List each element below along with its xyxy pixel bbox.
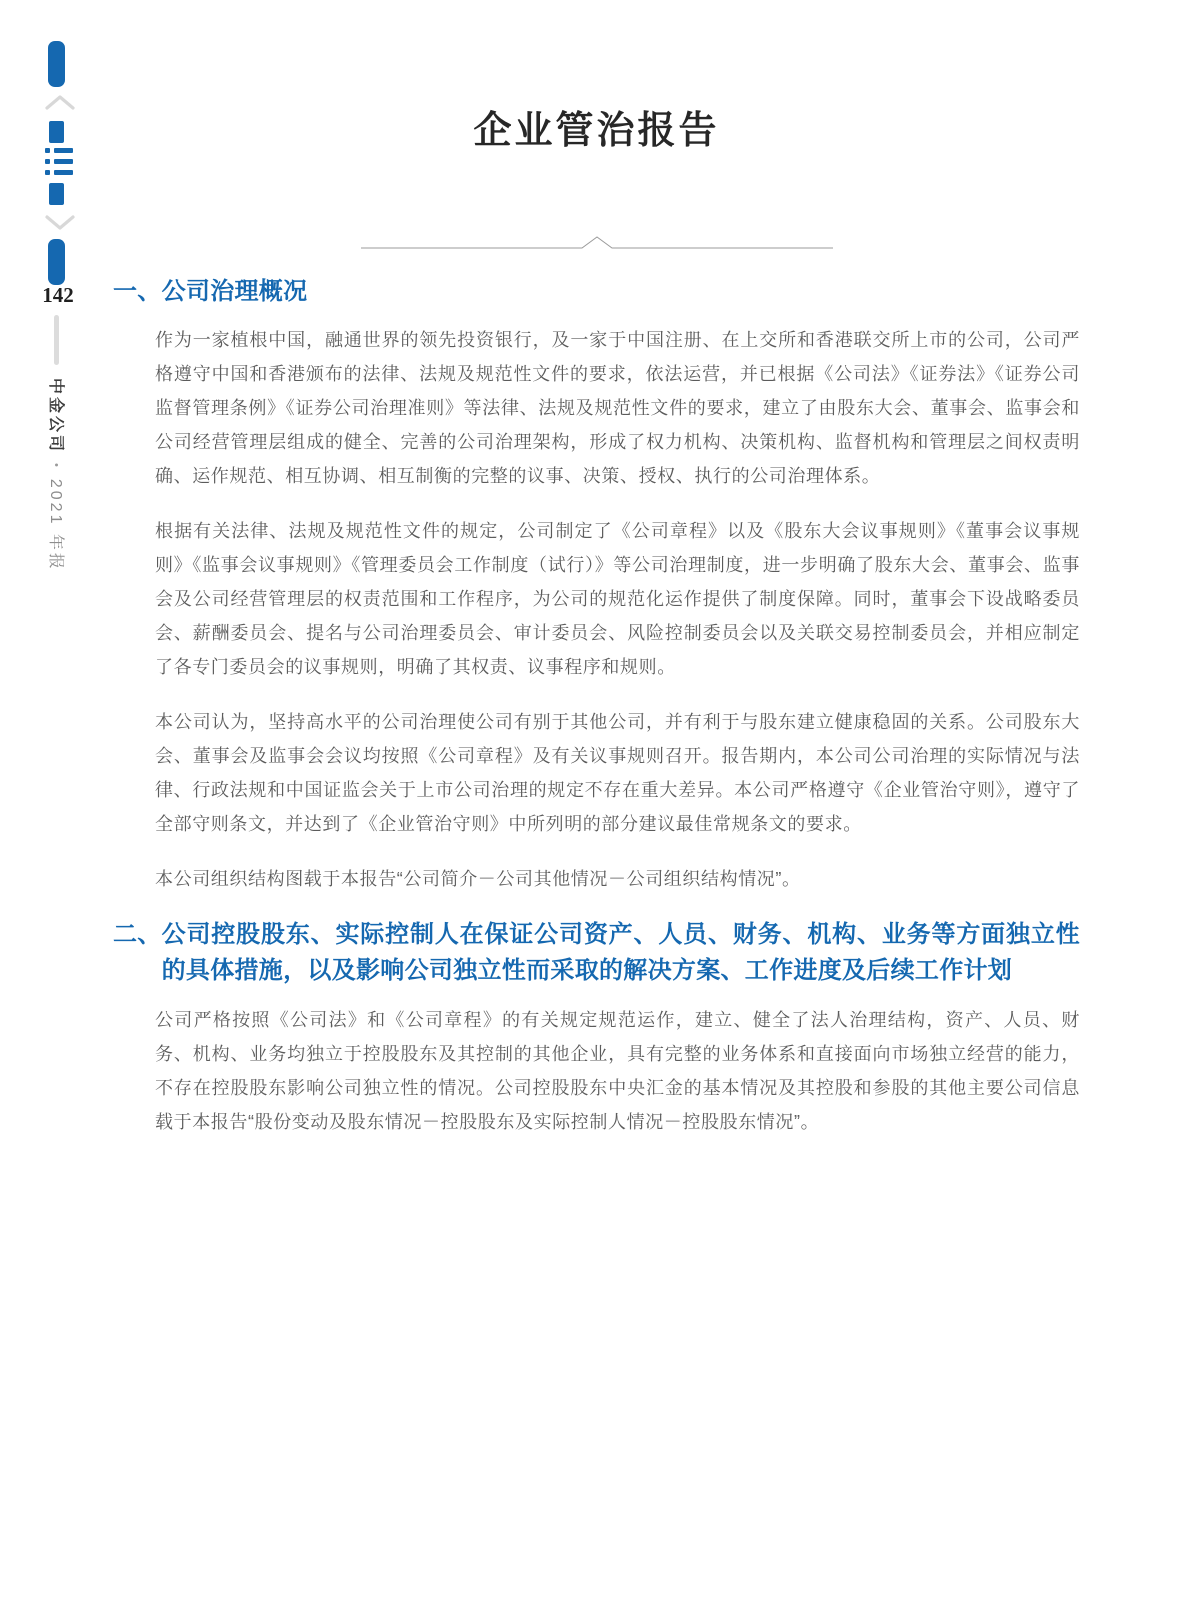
body-paragraph: 作为一家植根中国，融通世界的领先投资银行，及一家于中国注册、在上交所和香港联交所… xyxy=(155,323,1080,493)
document-page: 企业管治报告 一、 公司治理概况 作为一家植根中国，融通世界的领先投资银行，及一… xyxy=(113,96,1080,1160)
footer-separator-dot: • xyxy=(50,463,62,470)
company-name: 中金公司 xyxy=(47,378,64,454)
page-number: 142 xyxy=(34,283,82,308)
section-heading-2: 二、 公司控股股东、实际控制人在保证公司资产、人员、财务、机构、业务等方面独立性… xyxy=(113,917,1080,989)
accent-square-top xyxy=(49,121,64,143)
body-paragraph: 本公司组织结构图载于本报告“公司简介－公司其他情况－公司组织结构情况”。 xyxy=(155,862,1080,896)
section-number: 一、 xyxy=(113,274,162,309)
section-title: 公司控股股东、实际控制人在保证公司资产、人员、财务、机构、业务等方面独立性的具体… xyxy=(162,917,1080,989)
body-paragraph: 本公司认为，坚持高水平的公司治理使公司有别于其他公司，并有利于与股东建立健康稳固… xyxy=(155,705,1080,841)
section-heading-1: 一、 公司治理概况 xyxy=(113,274,1080,309)
section-title: 公司治理概况 xyxy=(162,274,1080,309)
body-paragraph: 公司严格按照《公司法》和《公司章程》的有关规定规范运作，建立、健全了法人治理结构… xyxy=(155,1003,1080,1139)
section-number: 二、 xyxy=(113,917,162,953)
page-title: 企业管治报告 xyxy=(113,106,1080,156)
chevron-up-icon[interactable] xyxy=(44,93,76,111)
accent-bar-top xyxy=(48,41,65,87)
accent-bar-middle xyxy=(48,239,65,285)
accent-square-bottom xyxy=(49,183,64,205)
chevron-down-icon[interactable] xyxy=(44,213,76,231)
rail-divider-line xyxy=(54,315,59,365)
body-paragraph: 根据有关法律、法规及规范性文件的规定，公司制定了《公司章程》以及《股东大会议事规… xyxy=(155,514,1080,684)
title-divider xyxy=(360,236,834,250)
report-year-label: 2021 年报 xyxy=(47,479,64,572)
list-icon[interactable] xyxy=(45,148,73,181)
vertical-page-footer: 中金公司•2021 年报 xyxy=(46,378,69,572)
